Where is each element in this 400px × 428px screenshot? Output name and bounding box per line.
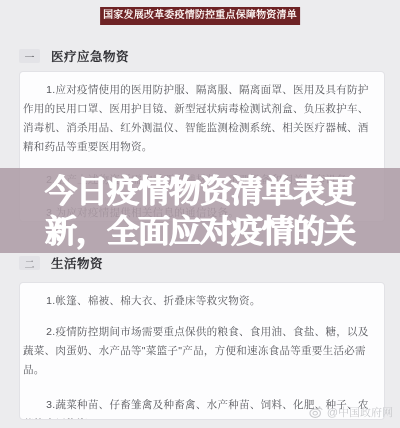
watermark-text: @中国政府网 — [327, 404, 393, 420]
section-index-badge: 二 — [19, 256, 40, 270]
section-index-badge: 一 — [19, 49, 40, 63]
caption-overlay: 今日疫情物资清单表更 新，全面应对疫情的关 — [0, 168, 400, 253]
watermark: @中国政府网 — [309, 404, 393, 420]
weibo-icon — [309, 405, 323, 419]
caption-line-1: 今日疫情物资清单表更 — [45, 171, 355, 211]
document-title-banner: 国家发展改革委疫情防控重点保障物资清单 — [100, 7, 300, 25]
list-item: 1.应对疫情使用的医用防护服、隔离服、隔离面罩、医用及具有防护作用的民用口罩、医… — [23, 81, 379, 157]
list-item: 2.疫情防控期间市场需要重点保供的粮食、食用油、食盐、糖，以及蔬菜、肉蛋奶、水产… — [23, 323, 379, 380]
caption-line-2: 新，全面应对疫情的关 — [45, 211, 355, 251]
section-title-living: 生活物资 — [51, 254, 103, 272]
section-header-medical: 一 医疗应急物资 — [19, 47, 129, 65]
living-supplies-list-box: 1.帐篷、棉被、棉大衣、折叠床等救灾物资。 2.疫情防控期间市场需要重点保供的粮… — [19, 282, 385, 420]
section-title-medical: 医疗应急物资 — [51, 47, 129, 65]
section-header-living: 二 生活物资 — [19, 254, 103, 272]
list-item: 1.帐篷、棉被、棉大衣、折叠床等救灾物资。 — [23, 292, 379, 311]
